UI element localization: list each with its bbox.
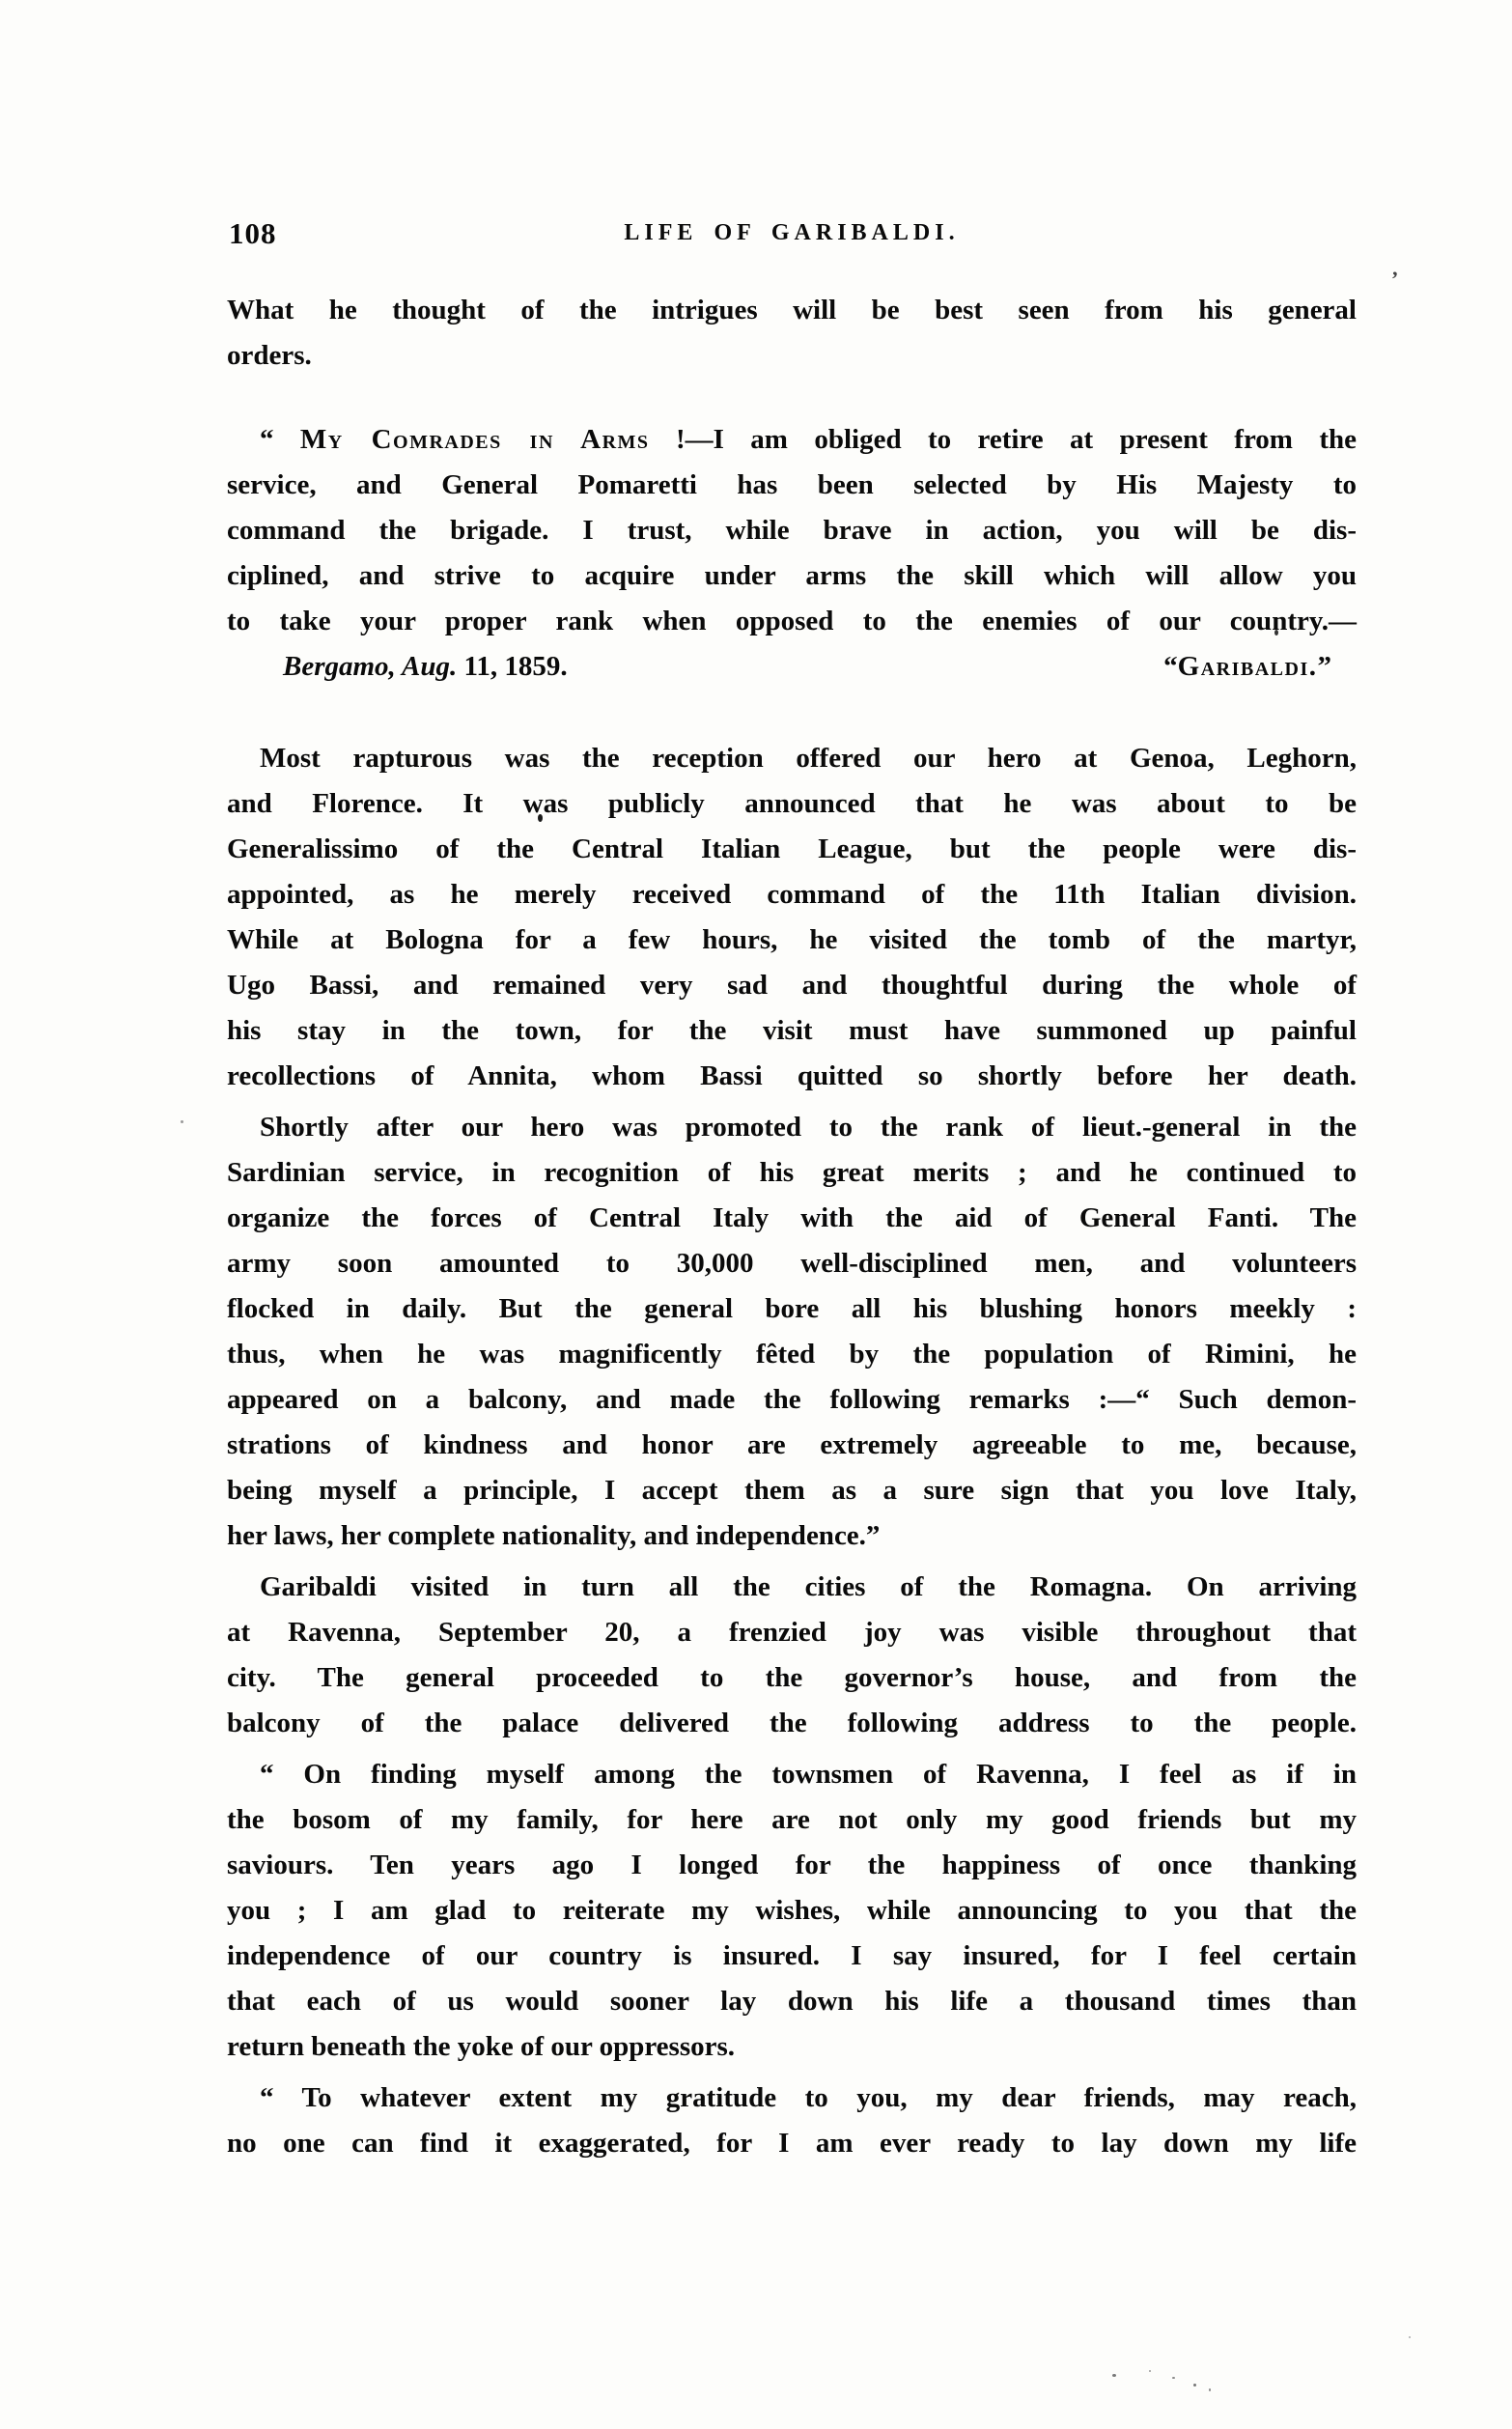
scan-speck: [1112, 2374, 1116, 2377]
text-segment: Bergamo, Aug.: [283, 651, 457, 682]
paragraph-ravenna-speech: “ On finding myself among the townsmen o…: [227, 1752, 1357, 2070]
text-line: Sardinian service, in recognition of his…: [227, 1150, 1357, 1196]
text-segment: “: [260, 424, 300, 455]
paragraph-romagna: Garibaldi visited in turn all the cities…: [227, 1565, 1357, 1746]
text-line: strations of kindness and honor are extr…: [227, 1423, 1357, 1468]
text-line: recollections of Annita, whom Bassi quit…: [227, 1054, 1357, 1099]
text-line: city. The general proceeded to the gover…: [227, 1655, 1357, 1701]
text-line: Generalissimo of the Central Italian Lea…: [227, 827, 1357, 872]
text-line: thus, when he was magnificently fêted by…: [227, 1332, 1357, 1377]
text-line: return beneath the yoke of our oppressor…: [227, 2024, 1357, 2070]
scan-speck: [538, 814, 543, 822]
dateline-row: Bergamo, Aug. 11, 1859.“Garibaldi.”: [227, 644, 1357, 690]
text-line: orders.: [227, 333, 1357, 379]
body-text: What he thought of the intrigues will be…: [227, 288, 1357, 2166]
paragraph-general-order: “ My Comrades in Arms !—I am obliged to …: [227, 417, 1357, 644]
paragraph-intro: What he thought of the intrigues will be…: [227, 288, 1357, 379]
scan-speck: [1149, 2370, 1151, 2372]
dateline-signature: Bergamo, Aug. 11, 1859.“Garibaldi.”: [227, 644, 1357, 690]
text-line: organize the forces of Central Italy wit…: [227, 1196, 1357, 1241]
paragraph-reception: Most rapturous was the reception offered…: [227, 736, 1357, 1099]
text-segment: ”: [1318, 651, 1332, 682]
text-segment: 11, 1859.: [457, 651, 567, 682]
book-page: 108 LIFE OF GARIBALDI. What he thought o…: [0, 0, 1512, 2429]
text-line: What he thought of the intrigues will be…: [227, 288, 1357, 333]
text-line: at Ravenna, September 20, a frenzied joy…: [227, 1610, 1357, 1655]
text-line: command the brigade. I trust, while brav…: [227, 508, 1357, 553]
text-line: “ To whatever extent my gratitude to you…: [227, 2076, 1357, 2121]
text-line: “ On finding myself among the townsmen o…: [227, 1752, 1357, 1797]
text-line: saviours. Ten years ago I longed for the…: [227, 1843, 1357, 1888]
text-line: army soon amounted to 30,000 well-discip…: [227, 1241, 1357, 1286]
paragraph-gratitude: “ To whatever extent my gratitude to you…: [227, 2076, 1357, 2166]
scan-speck: [1172, 2377, 1175, 2379]
signature: “Garibaldi.”: [1163, 644, 1357, 690]
text-line: service, and General Pomaretti has been …: [227, 463, 1357, 508]
text-line: Garibaldi visited in turn all the cities…: [227, 1565, 1357, 1610]
running-title: LIFE OF GARIBALDI.: [227, 220, 1357, 246]
text-segment: !—I am obliged to retire at present from…: [650, 424, 1357, 455]
scan-speck: ’: [1391, 267, 1398, 292]
paragraph-promotion: Shortly after our hero was promoted to t…: [227, 1105, 1357, 1559]
text-line: her laws, her complete nationality, and …: [227, 1513, 1357, 1559]
text-line: that each of us would sooner lay down hi…: [227, 1979, 1357, 2024]
dateline-place-date: Bergamo, Aug. 11, 1859.: [227, 644, 568, 690]
text-line: “ My Comrades in Arms !—I am obliged to …: [227, 417, 1357, 463]
text-line: flocked in daily. But the general bore a…: [227, 1286, 1357, 1332]
text-line: balcony of the palace delivered the foll…: [227, 1701, 1357, 1746]
text-line: While at Bologna for a few hours, he vis…: [227, 918, 1357, 963]
scan-speck: [1409, 2336, 1411, 2338]
scan-speck: [1193, 2384, 1196, 2387]
text-line: Ugo Bassi, and remained very sad and tho…: [227, 963, 1357, 1008]
text-line: and Florence. It was publicly announced …: [227, 781, 1357, 827]
text-line: Most rapturous was the reception offered…: [227, 736, 1357, 781]
scan-speck: [1274, 630, 1278, 635]
text-line: his stay in the town, for the visit must…: [227, 1008, 1357, 1054]
scan-speck: [1209, 2388, 1211, 2391]
text-line: no one can find it exaggerated, for I am…: [227, 2121, 1357, 2166]
text-segment: “: [1163, 651, 1178, 682]
text-line: appointed, as he merely received command…: [227, 872, 1357, 918]
text-line: the bosom of my family, for here are not…: [227, 1797, 1357, 1843]
text-segment: Garibaldi.: [1178, 651, 1318, 682]
text-line: appeared on a balcony, and made the foll…: [227, 1377, 1357, 1423]
text-segment: My Comrades in Arms: [300, 424, 650, 455]
text-line: independence of our country is insured. …: [227, 1934, 1357, 1979]
page-header: 108 LIFE OF GARIBALDI.: [227, 216, 1357, 259]
text-line: to take your proper rank when opposed to…: [227, 599, 1357, 644]
text-line: being myself a principle, I accept them …: [227, 1468, 1357, 1513]
text-line: ciplined, and strive to acquire under ar…: [227, 553, 1357, 599]
text-line: Shortly after our hero was promoted to t…: [227, 1105, 1357, 1150]
text-line: you ; I am glad to reiterate my wishes, …: [227, 1888, 1357, 1934]
scan-speck: [181, 1120, 183, 1123]
